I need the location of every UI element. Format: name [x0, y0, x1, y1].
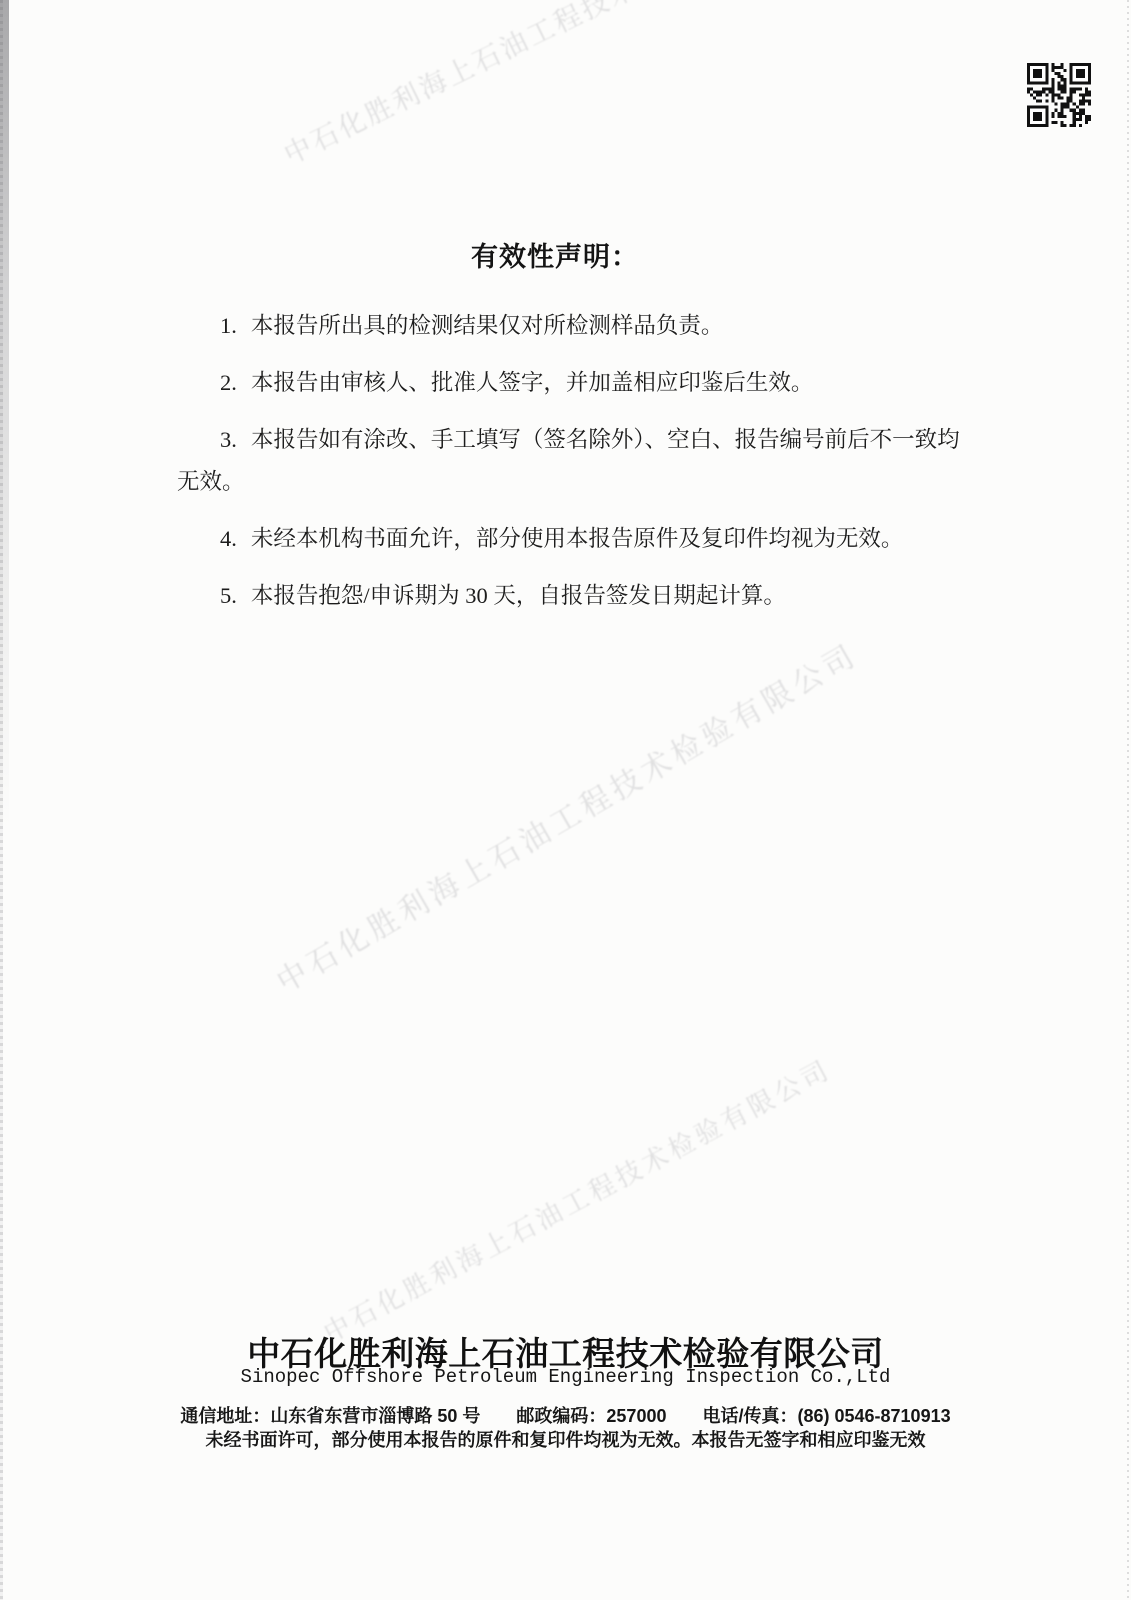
item-text: 本报告由审核人、批准人签字，并加盖相应印鉴后生效。 — [251, 370, 814, 395]
statement-item: 4.未经本机构书面允许，部分使用本报告原件及复印件均视为无效。 — [177, 518, 977, 560]
item-number: 1. — [220, 305, 237, 347]
footer-notice-line: 未经书面许可，部分使用本报告的原件和复印件均视为无效。本报告无签字和相应印鉴无效 — [0, 1426, 1131, 1452]
statement-list: 1.本报告所出具的检测结果仅对所检测样品负责。 2.本报告由审核人、批准人签字，… — [177, 305, 977, 632]
item-number: 3. — [220, 419, 237, 461]
statement-item: 3.本报告如有涂改、手工填写（签名除外）、空白、报告编号前后不一致均 无效。 — [177, 419, 977, 503]
page-title: 有效性声明： — [471, 235, 639, 274]
statement-item: 2.本报告由审核人、批准人签字，并加盖相应印鉴后生效。 — [177, 362, 977, 404]
footer-company-name-en: Sinopec Offshore Petroleum Engineering I… — [0, 1366, 1131, 1388]
watermark-text: 中石化胜利海上石油工程技术检验有限公司 — [267, 630, 865, 1001]
statement-item: 5.本报告抱怨/申诉期为 30 天，自报告签发日期起计算。 — [177, 575, 977, 617]
item-number: 5. — [220, 575, 237, 617]
document-page: 中石化胜利海上石油工程技术检验有限公司 中石化胜利海上石油工程技术检验有限公司 … — [0, 0, 1131, 1600]
footer-address-line: 通信地址：山东省东营市淄博路 50 号 邮政编码：257000 电话/传真：(8… — [0, 1402, 1131, 1428]
item-number: 4. — [220, 518, 237, 560]
item-number: 2. — [220, 362, 237, 404]
watermark-text: 中石化胜利海上石油工程技术检验有限公司 — [276, 0, 805, 172]
item-text: 本报告抱怨/申诉期为 30 天，自报告签发日期起计算。 — [251, 583, 786, 608]
watermark-text: 中石化胜利海上石油工程技术检验有限公司 — [316, 1050, 837, 1350]
qr-code-icon — [1027, 63, 1091, 127]
statement-item: 1.本报告所出具的检测结果仅对所检测样品负责。 — [177, 305, 977, 347]
item-text: 本报告如有涂改、手工填写（签名除外）、空白、报告编号前后不一致均 无效。 — [177, 427, 960, 494]
item-text: 未经本机构书面允许，部分使用本报告原件及复印件均视为无效。 — [251, 526, 904, 551]
item-text: 本报告所出具的检测结果仅对所检测样品负责。 — [251, 313, 724, 338]
